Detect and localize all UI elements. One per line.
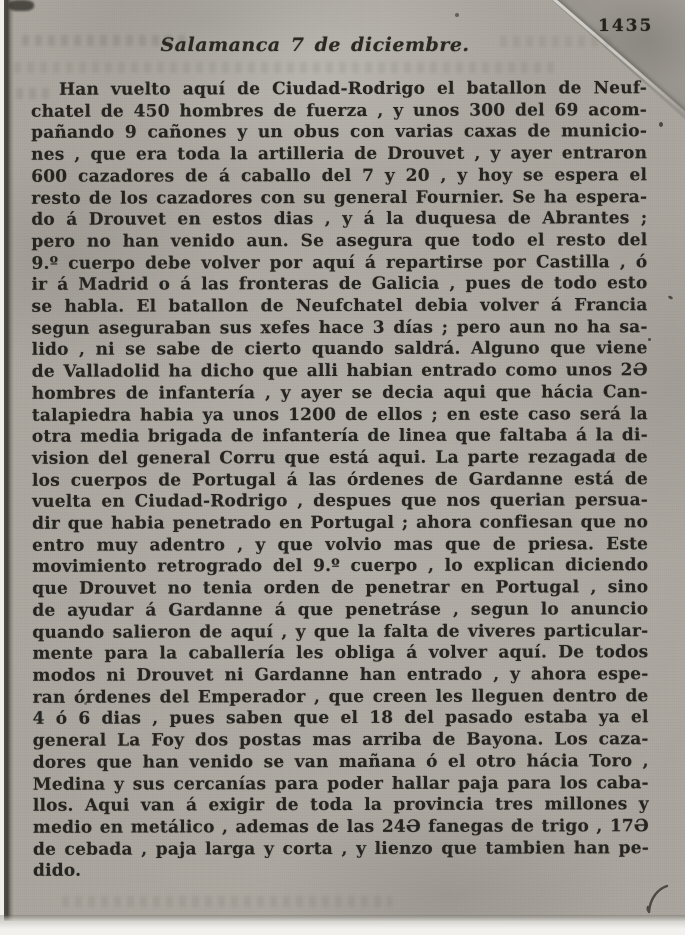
- text-line: de ayudar á Gardanne á que penetráse , s…: [32, 599, 648, 622]
- text-line: vision del general Corru que está aqui. …: [32, 447, 648, 470]
- text-line: dido.: [33, 860, 649, 883]
- text-line: movimiento retrogrado del 9.º cuerpo , l…: [32, 556, 648, 579]
- binding-edge: [4, 0, 14, 921]
- ink-speck: [648, 338, 651, 341]
- text-line: se habla. El batallon de Neufchatel debi…: [32, 295, 648, 318]
- text-line: nes , que era toda la artilleria de Drou…: [31, 143, 647, 166]
- ink-smudge: [8, 0, 34, 11]
- text-line: 4 ó 6 dias , pues saben que el 18 del pa…: [33, 708, 649, 731]
- ink-speck: [659, 122, 663, 127]
- text-line: mente para la caballería les obliga á vo…: [32, 642, 648, 665]
- text-line: entro muy adentro , y que volvio mas que…: [32, 534, 648, 557]
- ink-speck: [455, 13, 459, 17]
- text-line: dir que habia penetrado en Portugal ; ah…: [32, 512, 648, 535]
- text-line: los cuerpos de Portugal á las órdenes de…: [32, 469, 648, 492]
- text-line: general La Foy dos postas mas arriba de …: [33, 729, 649, 752]
- text-line: pero no han venido aun. Se asegura que t…: [31, 230, 647, 253]
- page-number: 1435: [598, 16, 653, 36]
- text-line: dores que han venido se van mañana ó el …: [33, 751, 649, 774]
- text-line: de cebada , paja larga y corta , y lienz…: [33, 838, 649, 861]
- text-line: 9.º cuerpo debe volver por aquí á repart…: [31, 252, 647, 275]
- text-line: hombres de infantería , y ayer se decia …: [32, 382, 648, 405]
- page-bottom-edge: [0, 915, 685, 935]
- text-line: medio en metálico , ademas de las 24Ə fa…: [33, 816, 649, 839]
- text-line: 600 cazadores de á caballo del 7 y 20 , …: [31, 165, 647, 188]
- text-line: modos ni Drouvet ni Gardanne han entrado…: [32, 664, 648, 687]
- text-line: llos. Aqui van á exigir de toda la provi…: [33, 794, 649, 817]
- text-line: talapiedra habia ya unos 1200 de ellos ;…: [32, 404, 648, 427]
- bleedthrough-smudge: [14, 62, 559, 73]
- text-line: resto de los cazadores con su general Fo…: [31, 187, 647, 210]
- text-line: do á Drouvet en estos dias , y á la duqu…: [31, 208, 647, 231]
- text-line: otra media brigada de infantería de line…: [32, 425, 648, 448]
- text-line: segun aseguraban sus xefes hace 3 días ;…: [32, 317, 648, 340]
- text-line: quando salieron de aquí , y que la falta…: [32, 621, 648, 644]
- text-line: Medina y sus cercanías para poder hallar…: [33, 773, 649, 796]
- bleedthrough-smudge: [62, 896, 392, 907]
- text-line: que Drouvet no tenia orden de penetrar e…: [32, 577, 648, 600]
- text-line: lido , ni se sabe de cierto quando saldr…: [32, 339, 648, 362]
- ink-squiggle: [646, 884, 670, 914]
- text-line: pañando 9 cañones y un obus con varias c…: [31, 122, 647, 145]
- dateline-heading: Salamanca 7 de diciembre.: [30, 34, 600, 56]
- scanned-book-page: { "page": { "page_number": "1435", "date…: [0, 0, 685, 935]
- text-line: de Valladolid ha dicho que alli habian e…: [32, 360, 648, 383]
- text-line: Han vuelto aquí de Ciudad-Rodrigo el bat…: [31, 78, 647, 101]
- text-line: chatel de 450 hombres de fuerza , y unos…: [31, 100, 647, 123]
- text-line: ir á Madrid o á las fronteras de Galicia…: [31, 274, 647, 297]
- text-line: ran órdenes del Emperador , que creen le…: [33, 686, 649, 709]
- article-body: Han vuelto aquí de Ciudad-Rodrigo el bat…: [31, 78, 649, 883]
- text-line: vuelta en Ciudad-Rodrigo , despues que n…: [32, 491, 648, 514]
